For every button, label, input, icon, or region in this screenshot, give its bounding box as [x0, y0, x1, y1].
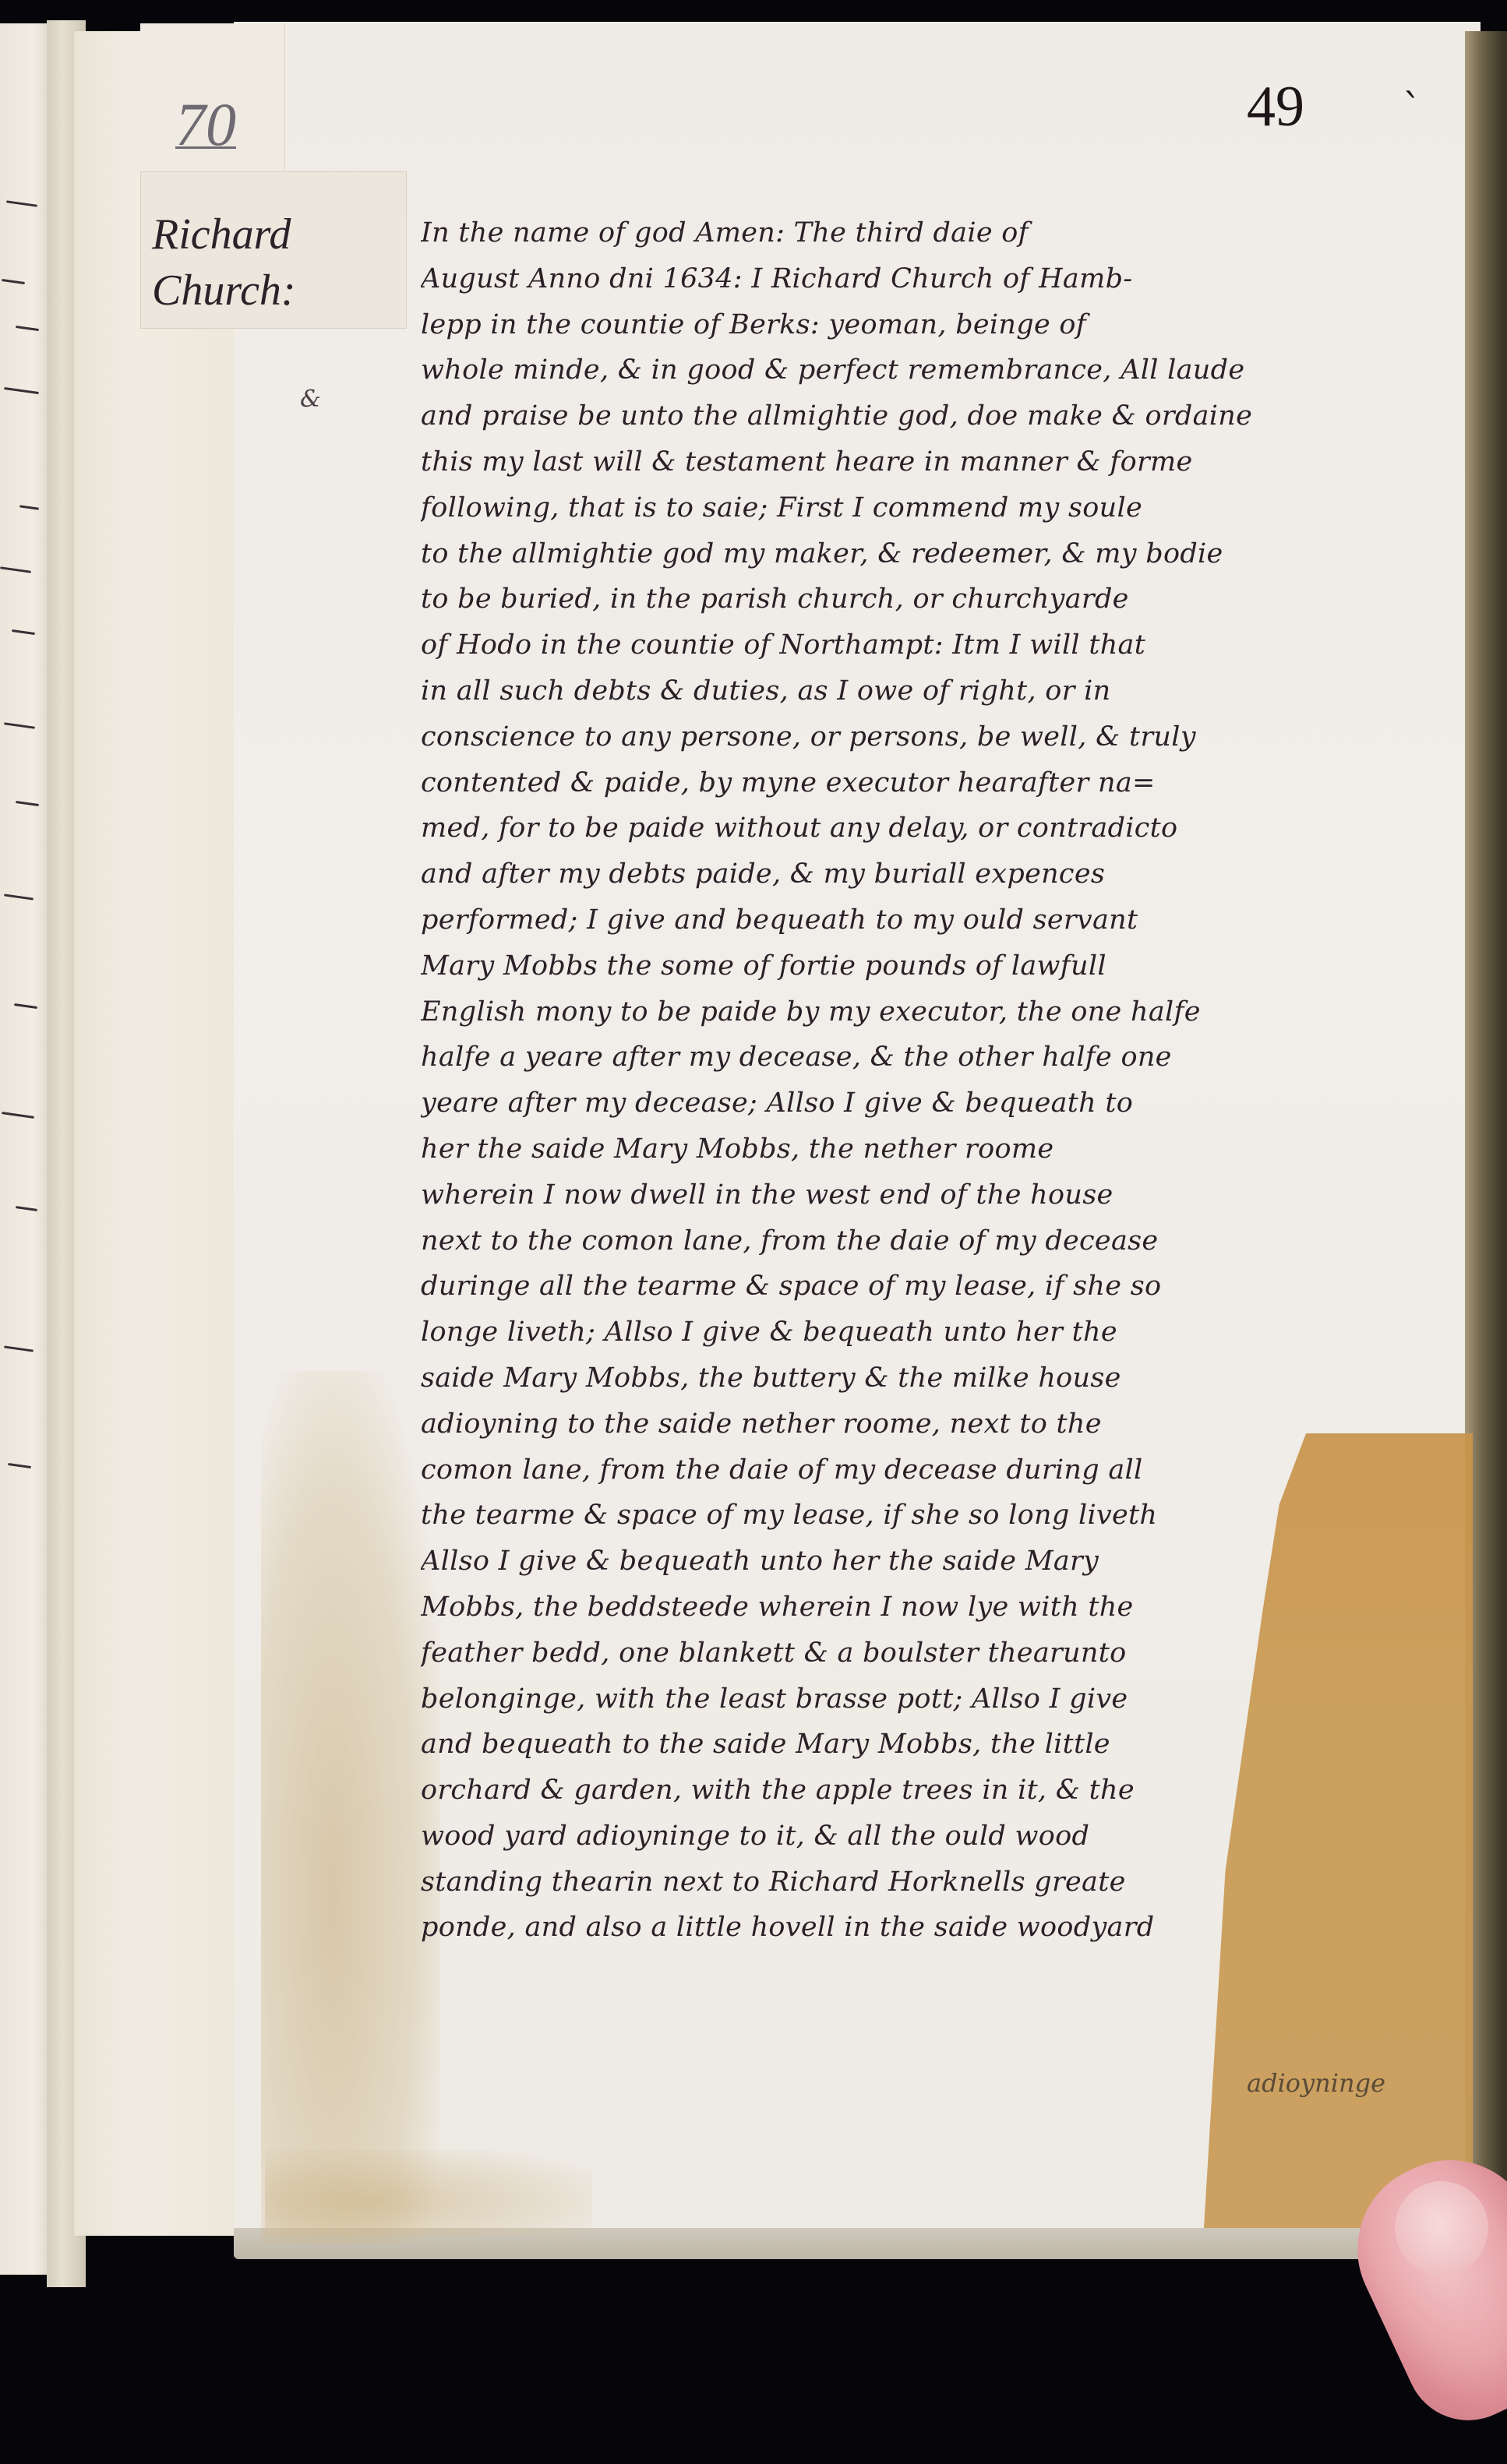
text-line: comon lane, from the daie of my decease …: [421, 1447, 1457, 1493]
text-line: whole minde, & in good & perfect remembr…: [421, 347, 1457, 393]
water-stain-bottom: [265, 2150, 592, 2236]
ink-fragment: [16, 1206, 37, 1211]
folio-mark: ˋ: [1403, 86, 1422, 131]
text-line: following, that is to saie; First I comm…: [421, 485, 1457, 531]
text-line: orchard & garden, with the apple trees i…: [421, 1768, 1457, 1814]
text-line: August Anno dni 1634: I Richard Church o…: [421, 256, 1457, 302]
ink-fragment: [4, 894, 34, 900]
ink-fragment: [16, 326, 39, 331]
text-line: feather bedd, one blankett & a boulster …: [421, 1630, 1457, 1676]
text-line: and bequeath to the saide Mary Mobbs, th…: [421, 1722, 1457, 1768]
text-line: In the name of god Amen: The third daie …: [421, 210, 1457, 256]
ink-fragment: [4, 387, 39, 394]
text-line: and praise be unto the allmightie god, d…: [421, 393, 1457, 439]
ink-fragment: [8, 1463, 31, 1468]
text-line: of Hodo in the countie of Northampt: Itm…: [421, 622, 1457, 668]
text-line: duringe all the tearme & space of my lea…: [421, 1264, 1457, 1310]
text-line: her the saide Mary Mobbs, the nether roo…: [421, 1126, 1457, 1172]
text-line: saide Mary Mobbs, the buttery & the milk…: [421, 1355, 1457, 1401]
ink-fragment: [12, 629, 35, 635]
margin-ampersand-mark: &: [300, 386, 321, 413]
text-line: belonginge, with the least brasse pott; …: [421, 1676, 1457, 1722]
ink-fragment: [6, 200, 37, 207]
margin-testator-name: Richard Church:: [152, 206, 409, 319]
text-line: wood yard adioyninge to it, & all the ou…: [421, 1814, 1457, 1859]
text-line: wherein I now dwell in the west end of t…: [421, 1172, 1457, 1218]
text-line: in all such debts & duties, as I owe of …: [421, 668, 1457, 714]
text-line: Mobbs, the beddsteede wherein I now lye …: [421, 1585, 1457, 1630]
text-line: lepp in the countie of Berks: yeoman, be…: [421, 302, 1457, 348]
text-line: halfe a yeare after my decease, & the ot…: [421, 1035, 1457, 1080]
text-line: this my last will & testament heare in m…: [421, 439, 1457, 485]
text-line: yeare after my decease; Allso I give & b…: [421, 1080, 1457, 1126]
ink-fragment: [4, 722, 35, 729]
ink-fragment: [0, 566, 31, 573]
text-line: next to the comon lane, from the daie of…: [421, 1218, 1457, 1264]
text-line: to the allmightie god my maker, & redeem…: [421, 531, 1457, 577]
text-line: to be buried, in the parish church, or c…: [421, 576, 1457, 622]
text-line: performed; I give and bequeath to my oul…: [421, 897, 1457, 943]
ink-fragment: [14, 1003, 37, 1009]
margin-name-first: Richard: [152, 206, 409, 263]
ink-fragment: [19, 505, 39, 509]
text-line: Mary Mobbs the some of fortie pounds of …: [421, 943, 1457, 989]
text-line: English mony to be paide by my executor,…: [421, 989, 1457, 1035]
text-line: Allso I give & bequeath unto her the sai…: [421, 1539, 1457, 1585]
ink-fragment: [4, 1345, 34, 1352]
ink-fragment: [16, 801, 39, 806]
text-line: and after my debts paide, & my buriall e…: [421, 851, 1457, 897]
ink-fragment: [2, 1112, 34, 1119]
text-line: the tearme & space of my lease, if she s…: [421, 1493, 1457, 1539]
text-line: med, for to be paide without any delay, …: [421, 805, 1457, 851]
text-line: standing thearin next to Richard Horknel…: [421, 1859, 1457, 1905]
text-line: adioyning to the saide nether roome, nex…: [421, 1401, 1457, 1447]
ink-fragment: [2, 279, 25, 284]
water-stain: [261, 1371, 440, 2244]
text-line: conscience to any persone, or persons, b…: [421, 714, 1457, 760]
text-line: ponde, and also a little hovell in the s…: [421, 1905, 1457, 1951]
catchword: adioyninge: [1247, 2068, 1385, 2098]
will-text: In the name of god Amen: The third daie …: [421, 210, 1457, 1951]
margin-name-last: Church:: [152, 263, 409, 319]
pencil-folio-number: 70: [175, 90, 236, 160]
text-line: longe liveth; Allso I give & bequeath un…: [421, 1310, 1457, 1355]
ink-folio-number: 49: [1247, 74, 1304, 140]
text-line: contented & paide, by myne executor hear…: [421, 760, 1457, 806]
